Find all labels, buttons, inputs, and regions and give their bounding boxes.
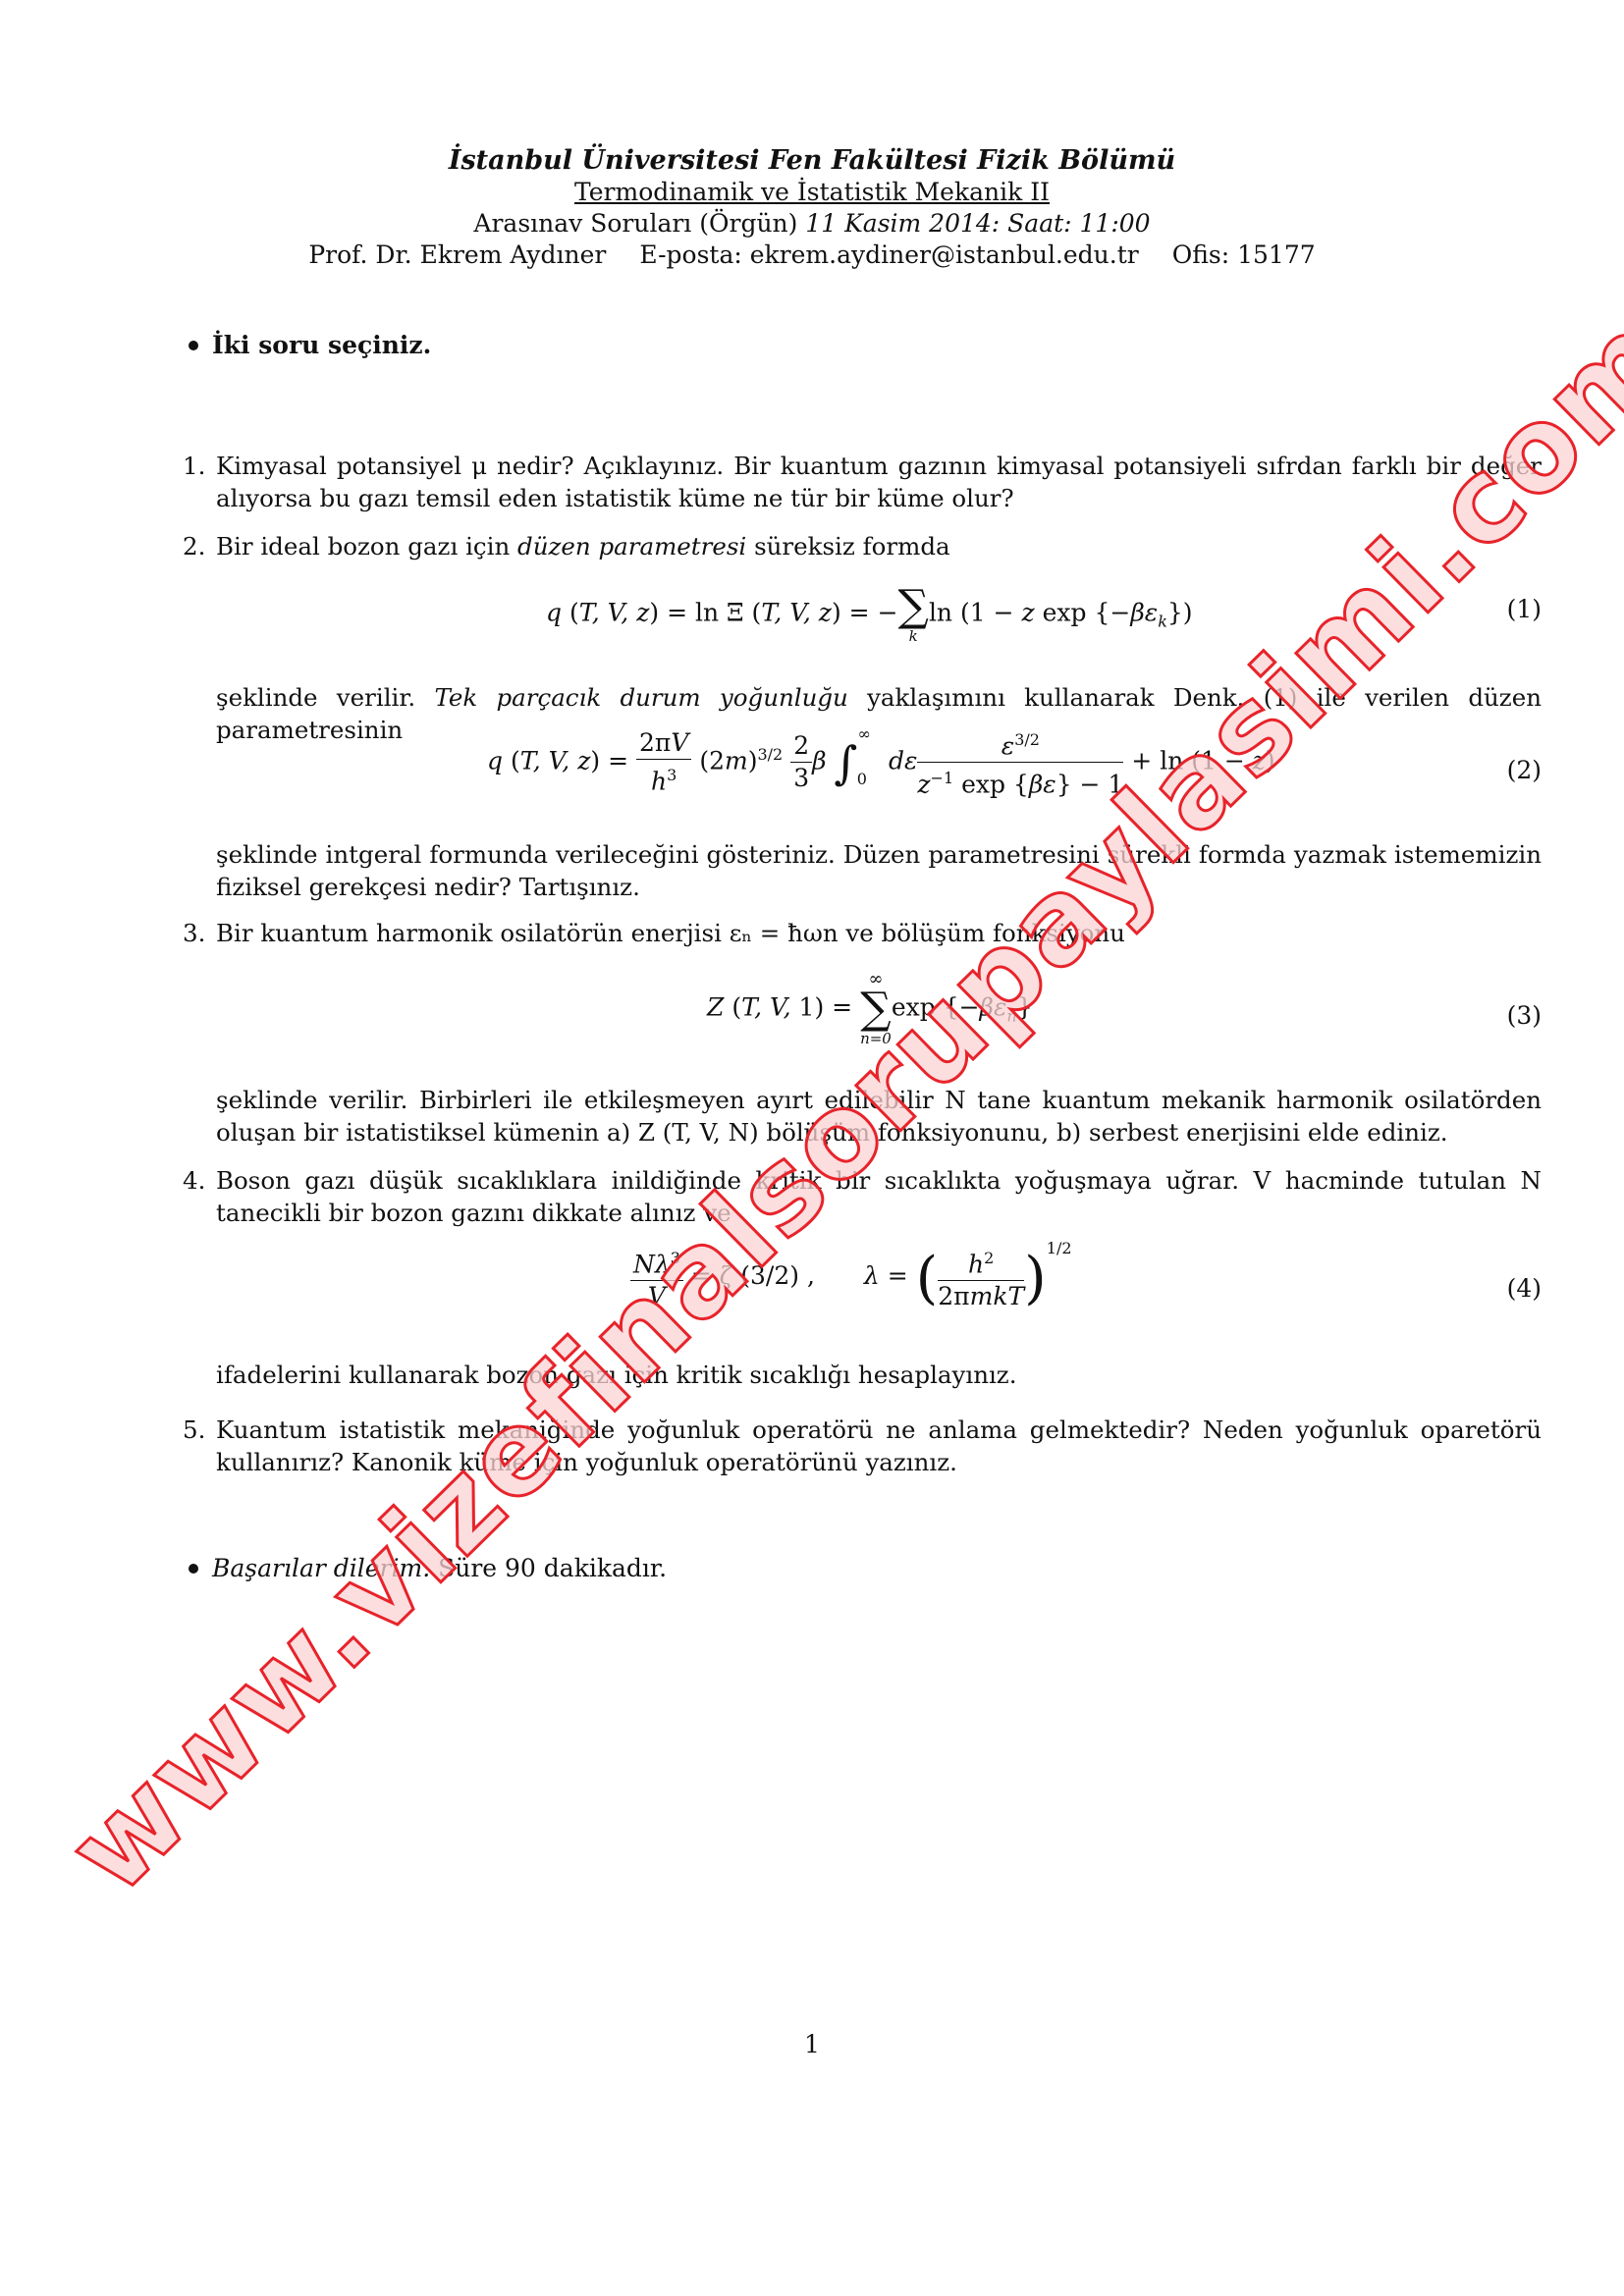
question-4: 4. Boson gazı düşük sıcaklıklara inildiğ…: [183, 1164, 1542, 1229]
equation-1-body: q (T, V, z) = ln Ξ (T, V, z) = −∑kln (1 …: [546, 585, 1193, 644]
instruction: İki soru seçiniz.: [189, 330, 431, 361]
professor-name: Prof. Dr. Ekrem Aydıner: [308, 240, 606, 269]
equation-3-body: Z (T, V, 1) = ∞∑n=0exp {−βεn}: [707, 972, 1033, 1046]
institution-title: İstanbul Üniversitesi Fen Fakültesi Fizi…: [0, 145, 1624, 177]
course-title: Termodinamik ve İstatistik Mekanik II: [0, 177, 1624, 208]
question-5: 5. Kuantum istatistik mekaniğinde yoğunl…: [183, 1414, 1542, 1478]
question-3: 3. Bir kuantum harmonik osilatörün enerj…: [183, 917, 1542, 949]
equation-number: (4): [1507, 1274, 1542, 1303]
equation-2-body: q (T, V, z) = 2πVh3 (2m)3/2 23β ∫∞0 dεε3…: [487, 726, 1275, 799]
equation-number: (1): [1507, 595, 1542, 623]
closing-note: Başarılar dilerim. Süre 90 dakikadır.: [189, 1553, 667, 1584]
question-3-outro: şeklinde verilir. Birbirleri ile etkileş…: [216, 1084, 1542, 1148]
question-1: 1. Kimyasal potansiyel μ nedir? Açıklayı…: [183, 450, 1542, 514]
question-text: Kimyasal potansiyel μ nedir? Açıklayınız…: [216, 450, 1542, 514]
exam-info: Arasınav Soruları (Örgün) 11 Kasim 2014:…: [0, 208, 1624, 240]
exam-type: Arasınav Soruları (Örgün): [473, 209, 797, 238]
equation-1: q (T, V, z) = ln Ξ (T, V, z) = −∑kln (1 …: [216, 585, 1542, 664]
question-2-outro: şeklinde intgeral formunda verileceğini …: [216, 838, 1542, 903]
page-number: 1: [0, 2030, 1624, 2058]
question-4-outro: ifadelerini kullanarak bozon gazı için k…: [216, 1359, 1542, 1391]
bullet-icon: [189, 1564, 198, 1574]
exam-date: 11 Kasim 2014: Saat: 11:00: [805, 209, 1150, 238]
office: Ofis: 15177: [1172, 240, 1316, 269]
bullet-icon: [189, 341, 198, 350]
contact-info: Prof. Dr. Ekrem AydınerE-posta: ekrem.ay…: [0, 240, 1624, 271]
equation-number: (3): [1507, 1001, 1542, 1030]
question-2: 2. Bir ideal bozon gazı için düzen param…: [183, 530, 1542, 562]
equation-2: q (T, V, z) = 2πVh3 (2m)3/2 23β ∫∞0 dεε3…: [216, 726, 1542, 825]
equation-4-body: Nλ3V = ζ (3/2) ,λ = (h22πmkT)1/2: [630, 1245, 1072, 1310]
equation-4: Nλ3V = ζ (3/2) ,λ = (h22πmkT)1/2 (4): [216, 1245, 1542, 1343]
exam-page: İstanbul Üniversitesi Fen Fakültesi Fizi…: [0, 0, 1624, 2296]
email: E-posta: ekrem.aydiner@istanbul.edu.tr: [639, 240, 1138, 269]
equation-number: (2): [1507, 756, 1542, 784]
equation-3: Z (T, V, 1) = ∞∑n=0exp {−βεn} (3): [216, 972, 1542, 1070]
